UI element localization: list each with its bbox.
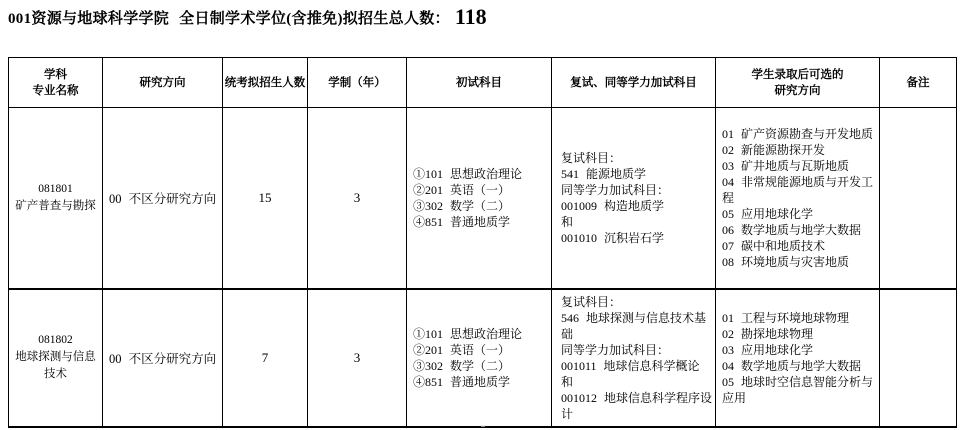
cell-research-direction: 00 不区分研究方向	[103, 108, 223, 289]
page-title-text: 001资源与地球科学学院 全日制学术学位(含推免)拟招生总人数：	[8, 11, 450, 27]
cell-remark	[880, 108, 957, 289]
cell-research-direction: 00 不区分研究方向	[103, 289, 223, 427]
cell-admission-quota: 15	[223, 108, 308, 289]
header-admission-quota: 统考拟招生人数	[223, 58, 308, 108]
header-initial-exam-subjects: 初试科目	[407, 58, 552, 108]
page-footer-mark: -	[475, 418, 491, 430]
cell-optional-directions: 01 矿产资源勘查与开发地质 02 新能源勘探开发 03 矿井地质与瓦斯地质 0…	[716, 108, 880, 289]
cell-retest-subjects: 复试科目： 546 地球探测与信息技术基础 同等学力加试科目： 001011 地…	[552, 289, 716, 427]
header-discipline-name: 学科 专业名称	[9, 58, 103, 108]
header-remark: 备注	[880, 58, 957, 108]
cell-discipline-name: 081801 矿产普查与勘探	[9, 108, 103, 289]
header-duration-years: 学制（年）	[308, 58, 407, 108]
cell-remark	[880, 289, 957, 427]
cell-retest-subjects: 复试科目： 541 能源地质学 同等学力加试科目： 001009 构造地质学 和…	[552, 108, 716, 289]
page-title: 001资源与地球科学学院 全日制学术学位(含推免)拟招生总人数：118	[8, 6, 487, 30]
cell-duration-years: 3	[308, 108, 407, 289]
cell-initial-exam-subjects: ①101 思想政治理论 ②201 英语（一） ③302 数学（二） ④851 普…	[407, 289, 552, 427]
admissions-table: 学科 专业名称 研究方向 统考拟招生人数 学制（年） 初试科目 复试、同等学力加…	[8, 57, 957, 428]
cell-optional-directions: 01 工程与环境地球物理 02 勘探地球物理 03 应用地球化学 04 数学地质…	[716, 289, 880, 427]
table-row: 081801 矿产普查与勘探 00 不区分研究方向 15 3 ①101 思想政治…	[9, 108, 957, 289]
document-page: { "title": { "text": "001资源与地球科学学院 全日制学术…	[0, 0, 963, 430]
cell-discipline-name: 081802 地球探测与信息技术	[9, 289, 103, 427]
total-admissions-count: 118	[455, 4, 487, 29]
header-retest-subjects: 复试、同等学力加试科目	[552, 58, 716, 108]
header-optional-directions: 学生录取后可选的 研究方向	[716, 58, 880, 108]
table-row: 081802 地球探测与信息技术 00 不区分研究方向 7 3 ①101 思想政…	[9, 289, 957, 427]
cell-initial-exam-subjects: ①101 思想政治理论 ②201 英语（一） ③302 数学（二） ④851 普…	[407, 108, 552, 289]
cell-admission-quota: 7	[223, 289, 308, 427]
cell-duration-years: 3	[308, 289, 407, 427]
header-research-direction: 研究方向	[103, 58, 223, 108]
table-header-row: 学科 专业名称 研究方向 统考拟招生人数 学制（年） 初试科目 复试、同等学力加…	[9, 58, 957, 108]
